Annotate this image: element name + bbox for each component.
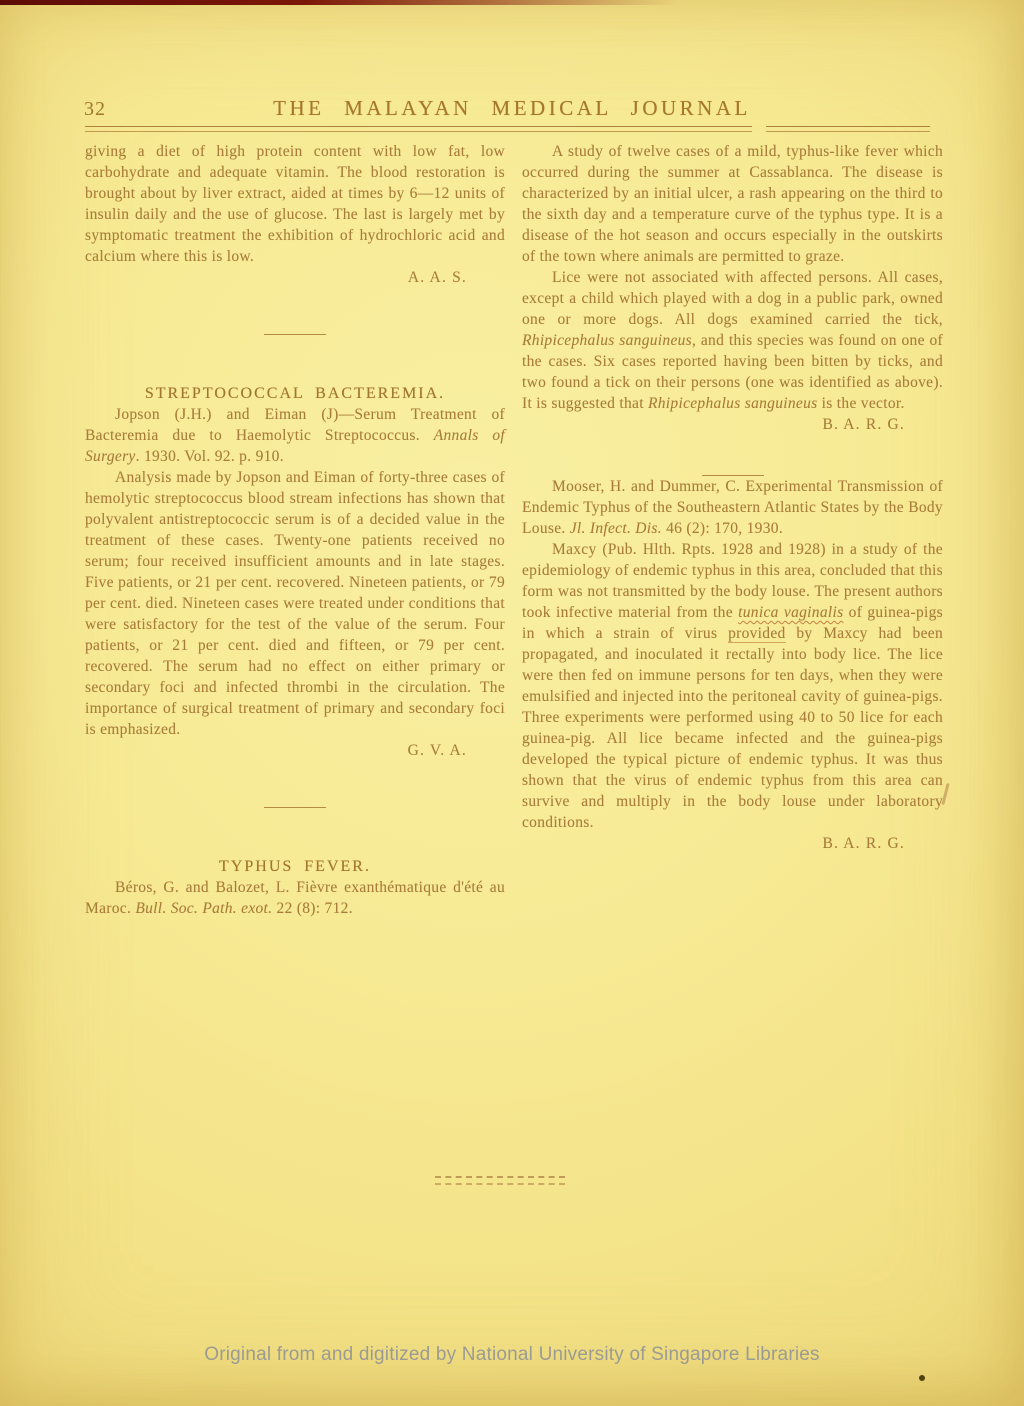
citation-ref: . 1930. Vol. 92. p. 910. — [136, 448, 284, 465]
journal-title: THE MALAYAN MEDICAL JOURNAL — [0, 96, 1024, 121]
section-separator — [264, 807, 326, 808]
paragraph-text: Lice were not associated with affected p… — [522, 269, 943, 328]
right-column: A study of twelve cases of a mild, typhu… — [522, 141, 943, 854]
paragraph-text: is the vector. — [818, 395, 905, 412]
signature-barg: B. A. R. G. — [522, 833, 943, 854]
signature-gva: G. V. A. — [85, 740, 505, 761]
signature-barg: B. A. R. G. — [522, 414, 943, 435]
paragraph-diet-treatment: giving a diet of high protein content wi… — [85, 141, 505, 267]
species-name-italic: Rhipicephalus sanguineus — [522, 332, 692, 349]
scanned-journal-page: 32 THE MALAYAN MEDICAL JOURNAL giving a … — [0, 0, 1024, 1406]
journal-name-italic: Bull. Soc. Path. exot. — [135, 900, 272, 917]
section-heading-typhus-fever: TYPHUS FEVER. — [85, 856, 505, 877]
scan-artifact-dashed-mark — [435, 1176, 565, 1185]
header-rule-left — [85, 126, 752, 132]
paragraph-lice-ticks: Lice were not associated with affected p… — [522, 267, 943, 414]
two-column-body: giving a diet of high protein content wi… — [85, 141, 943, 919]
left-column: giving a diet of high protein content wi… — [85, 141, 505, 919]
header-rule-right — [766, 126, 930, 132]
paragraph-maxcy-experiment: Maxcy (Pub. Hlth. Rpts. 1928 and 1928) i… — [522, 539, 943, 833]
signature-aas: A. A. S. — [85, 267, 505, 288]
section-separator — [264, 334, 326, 335]
citation-beros-balozet: Béros, G. and Balozet, L. Fièvre exanthé… — [85, 877, 505, 919]
citation-jopson-eiman: Jopson (J.H.) and Eiman (J)—Serum Treatm… — [85, 404, 505, 467]
citation-ref: 22 (8): 712. — [272, 900, 353, 917]
citation-ref: 46 (2): 170, 1930. — [662, 520, 783, 537]
underlined-word: provided — [728, 625, 786, 643]
citation-mooser-dummer: Mooser, H. and Dummer, C. Experimental T… — [522, 476, 943, 539]
species-name-italic: Rhipicephalus sanguineus — [648, 395, 818, 412]
ink-dot-artifact — [919, 1375, 925, 1381]
section-heading-streptococcal-bacteremia: STREPTOCOCCAL BACTEREMIA. — [85, 383, 505, 404]
footer-credit: Original from and digitized by National … — [0, 1344, 1024, 1366]
scan-edge-red-strip — [0, 0, 680, 5]
anatomy-term-italic-underlined: tunica vaginalis — [738, 604, 843, 621]
paragraph-text: by Maxcy had been propagated, and inocul… — [522, 625, 943, 831]
paragraph-serum-analysis: Analysis made by Jopson and Eiman of for… — [85, 467, 505, 740]
journal-name-italic: Jl. Infect. Dis. — [570, 520, 662, 537]
paragraph-typhus-study: A study of twelve cases of a mild, typhu… — [522, 141, 943, 267]
